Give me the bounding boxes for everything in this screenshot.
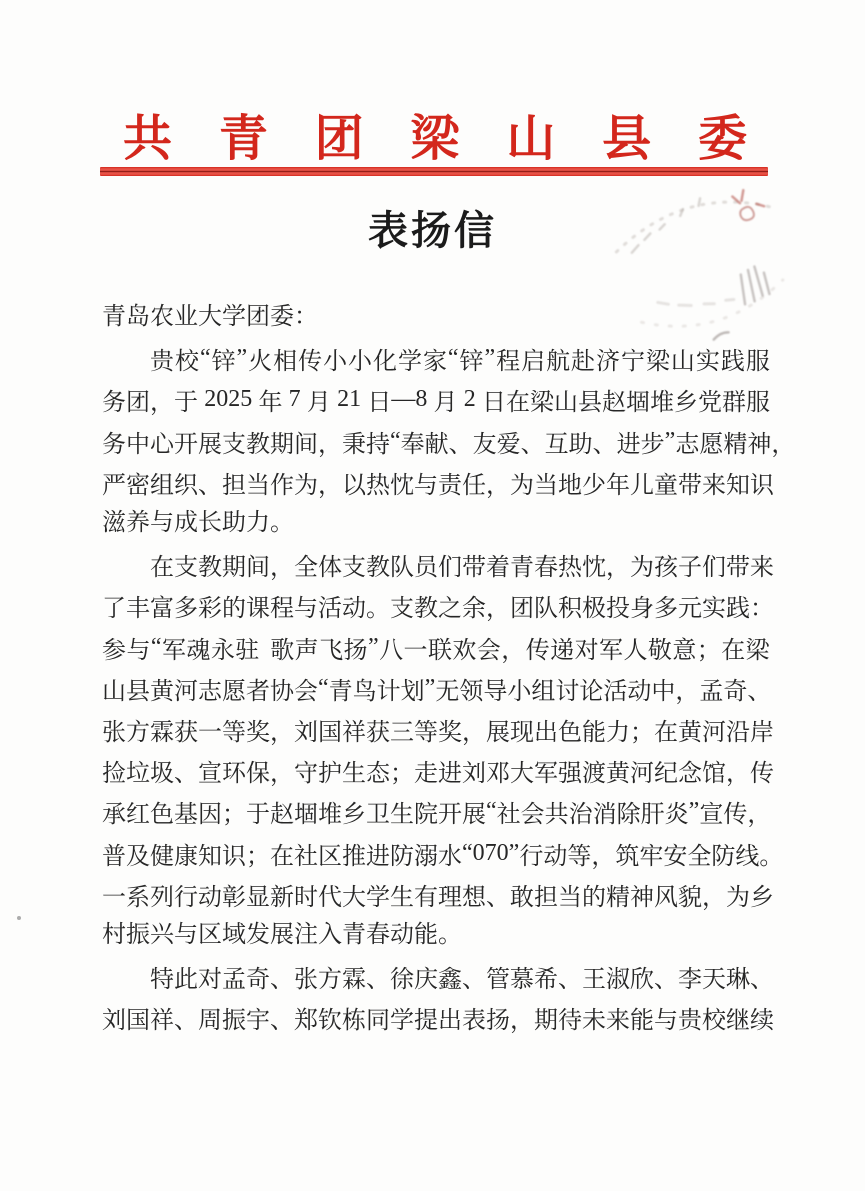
char: 宣 [198, 753, 222, 788]
char: 霖 [150, 712, 174, 747]
char: 扬 [486, 1000, 510, 1035]
char: 当 [246, 465, 270, 500]
char: 邓 [486, 753, 510, 788]
letterhead-char: 青 [219, 100, 268, 170]
char: 小 [507, 671, 531, 706]
char: 敬 [648, 630, 672, 665]
char: 神 [630, 877, 654, 912]
char: 线 [735, 836, 759, 871]
char: 对 [575, 630, 599, 665]
body-line: 参与“军魂永驻歌声飞扬”八一联欢会，传递对军人敬意；在梁 [102, 627, 770, 668]
char: 孩 [654, 547, 678, 582]
char: 、 [558, 959, 582, 994]
char: ， [591, 836, 615, 871]
body-line: 严密组织、担当作为，以热忱与责任，为当地少年儿童带来知识 [102, 462, 770, 503]
char: ， [318, 424, 342, 459]
char: 无 [435, 671, 459, 706]
char: ， [150, 382, 174, 417]
body-line: 普及健康知识；在社区推进防溺水“070”行动等，筑牢安全防线。 [102, 832, 770, 873]
char: 宁 [621, 341, 645, 376]
char: 承 [102, 794, 126, 829]
char: 积 [558, 588, 582, 623]
char: 团 [126, 382, 150, 417]
char: 校 [175, 341, 199, 376]
char: 李 [678, 959, 702, 994]
char: 队 [534, 588, 558, 623]
char: 奖 [438, 712, 462, 747]
char: 色 [150, 794, 174, 829]
char: 程 [270, 588, 294, 623]
char: “ [200, 345, 211, 372]
char: ， [606, 547, 630, 582]
char: 助 [569, 424, 593, 459]
letterhead-char: 委 [698, 100, 747, 170]
char: 者 [246, 671, 270, 706]
char: 大 [510, 753, 534, 788]
letter-title: 表扬信 [0, 202, 865, 260]
char: 堆 [650, 382, 674, 417]
char: 提 [414, 1000, 438, 1035]
char: 大 [342, 877, 366, 912]
char: 普 [102, 836, 126, 871]
char: 军 [162, 630, 186, 665]
char: ； [390, 753, 414, 788]
char: 教 [366, 547, 390, 582]
char: 希 [534, 959, 558, 994]
char: ， [270, 753, 294, 788]
char: 刘 [102, 1000, 126, 1035]
char: 欢 [452, 630, 476, 665]
char: 奇 [723, 671, 747, 706]
char: 未 [582, 1000, 606, 1035]
char: 新 [270, 877, 294, 912]
char: 领 [459, 671, 483, 706]
char: 张 [102, 712, 126, 747]
char: “ [151, 634, 162, 661]
char: 祥 [342, 712, 366, 747]
char: 能 [630, 1000, 654, 1035]
char: 献 [425, 424, 449, 459]
char: 彰 [222, 877, 246, 912]
char: 堆 [318, 794, 342, 829]
char: 周 [198, 1000, 222, 1035]
char: 馆 [702, 753, 726, 788]
char: 活 [318, 588, 342, 623]
char: 、 [174, 753, 198, 788]
char: 、 [593, 424, 617, 459]
char: 支 [342, 547, 366, 582]
char: 间 [246, 547, 270, 582]
char: 社 [294, 836, 318, 871]
char: 山 [671, 341, 695, 376]
char: 秉 [342, 424, 366, 459]
ink-speck [114, 932, 117, 935]
char: 爱 [497, 424, 521, 459]
char: 。 [366, 588, 390, 623]
char: 水 [438, 836, 462, 871]
char: 会 [521, 794, 545, 829]
char: 动 [342, 588, 366, 623]
char: 炎 [665, 794, 689, 829]
char: 月 [307, 382, 331, 417]
char: 敢 [510, 877, 534, 912]
char: 理 [438, 877, 462, 912]
char: 课 [246, 588, 270, 623]
char: — [391, 386, 415, 413]
char: 于 [174, 382, 198, 417]
char: 梁 [646, 341, 670, 376]
char: 团 [510, 588, 534, 623]
char: 乡 [342, 794, 366, 829]
char: 黄 [150, 671, 174, 706]
char: ； [697, 630, 721, 665]
char: 于 [246, 794, 270, 829]
char: 程 [496, 341, 520, 376]
letterhead-char: 共 [123, 100, 172, 170]
char: 党 [698, 382, 722, 417]
char: 之 [438, 588, 462, 623]
char: 动 [627, 671, 651, 706]
char: 严 [102, 465, 126, 500]
char: 丰 [126, 588, 150, 623]
char: 全 [294, 547, 318, 582]
char: 的 [222, 588, 246, 623]
char: 为 [294, 465, 318, 500]
char: 安 [663, 836, 687, 871]
char: 县 [126, 671, 150, 706]
char: 友 [473, 424, 497, 459]
char: 想 [462, 877, 486, 912]
char: 特 [150, 959, 174, 994]
char: 作 [270, 465, 294, 500]
char: 继 [726, 1000, 750, 1035]
char: 圾 [150, 753, 174, 788]
char: 纪 [654, 753, 678, 788]
char: 递 [550, 630, 574, 665]
ink-speck [17, 916, 21, 920]
body-line: 贵校“锌”火相传小小化学家“锌”程启航赴济宁梁山实践服 [102, 338, 770, 379]
char: ， [702, 877, 726, 912]
char: 教 [198, 547, 222, 582]
char: “ [462, 840, 473, 867]
char: 堌 [626, 382, 650, 417]
char: 极 [582, 588, 606, 623]
letterhead-char: 梁 [410, 100, 459, 170]
char: 黄 [606, 753, 630, 788]
char: 欣 [630, 959, 654, 994]
char: 济 [596, 341, 620, 376]
char: 山 [102, 671, 126, 706]
char: 会 [294, 671, 318, 706]
char: 、 [750, 959, 774, 994]
char: ； [630, 712, 654, 747]
char: 带 [462, 547, 486, 582]
char: 能 [582, 712, 606, 747]
char: 现 [510, 712, 534, 747]
char: 中 [126, 424, 150, 459]
char: 环 [222, 753, 246, 788]
char: ” [485, 345, 496, 372]
char: 赵 [270, 794, 294, 829]
char: 在 [270, 836, 294, 871]
char: 刘 [294, 712, 318, 747]
char: 县 [578, 382, 602, 417]
char: ， [726, 753, 750, 788]
char: 、 [462, 959, 486, 994]
char: 组 [531, 671, 555, 706]
char: 慕 [510, 959, 534, 994]
body-line: 特此对孟奇、张方霖、徐庆鑫、管慕希、王淑欣、李天琳、 [102, 956, 770, 997]
body-line: 务团，于2025年7月21日—8月2日在梁山县赵堌堆乡党群服 [102, 379, 770, 420]
char: 待 [558, 1000, 582, 1035]
char: 推 [342, 836, 366, 871]
char: 一 [198, 712, 222, 747]
char: 行 [519, 836, 543, 871]
char: 出 [438, 1000, 462, 1035]
char: 方 [318, 959, 342, 994]
body-line: 张方霖获一等奖，刘国祥获三等奖，展现出色能力；在黄河沿岸 [102, 709, 770, 750]
char: 多 [654, 588, 678, 623]
char: 期 [270, 424, 294, 459]
char: 担 [222, 465, 246, 500]
char: 全 [687, 836, 711, 871]
char: 王 [582, 959, 606, 994]
char: 们 [702, 547, 726, 582]
char: 来 [702, 465, 726, 500]
char: 展 [198, 424, 222, 459]
char: 传 [723, 794, 747, 829]
char: ， [510, 1000, 534, 1035]
char: 8 [415, 386, 427, 413]
letterhead-title: 共青团梁山县委 [123, 102, 747, 168]
char: 治 [569, 794, 593, 829]
char: 飞 [319, 630, 343, 665]
char: 红 [126, 794, 150, 829]
char: 神 [747, 424, 771, 459]
char: 支 [222, 424, 246, 459]
char: 意 [672, 630, 696, 665]
char: 中 [651, 671, 675, 706]
char: 防 [711, 836, 735, 871]
char: 系 [126, 877, 150, 912]
char: 日 [482, 382, 506, 417]
char: 忱 [390, 465, 414, 500]
char: 三 [390, 712, 414, 747]
char: ， [486, 588, 510, 623]
char: 愿 [222, 671, 246, 706]
char: 带 [726, 547, 750, 582]
char: 在 [506, 382, 530, 417]
char: 航 [546, 341, 570, 376]
char: 传 [750, 753, 774, 788]
char: 7 [289, 386, 301, 413]
char: 此 [174, 959, 198, 994]
char: ， [318, 465, 342, 500]
char: 教 [246, 424, 270, 459]
body-line: 了丰富多彩的课程与活动。支教之余，团队积极投身多元实践： [102, 585, 770, 626]
char: 获 [366, 712, 390, 747]
char: 21 [337, 386, 361, 413]
char: ” [425, 675, 436, 702]
char: ， [501, 630, 525, 665]
char: 肝 [641, 794, 665, 829]
char: “ [486, 798, 497, 825]
char: 动 [198, 877, 222, 912]
char: 钦 [318, 1000, 342, 1035]
char: 貌 [678, 877, 702, 912]
char: 宇 [246, 1000, 270, 1035]
char: 心 [150, 424, 174, 459]
char: 家 [423, 341, 447, 376]
char: ” [665, 428, 676, 455]
char: 开 [438, 794, 462, 829]
char: 消 [593, 794, 617, 829]
char: 、 [747, 671, 771, 706]
char: 军 [534, 753, 558, 788]
char: 元 [678, 588, 702, 623]
char: 务 [102, 424, 126, 459]
char: 乡 [750, 877, 774, 912]
char: 垃 [126, 753, 150, 788]
char: 在 [654, 712, 678, 747]
char: 的 [582, 877, 606, 912]
char: 与 [654, 1000, 678, 1035]
char: 童 [654, 465, 678, 500]
char: 等 [222, 712, 246, 747]
char: 小 [348, 341, 372, 376]
char: 开 [174, 424, 198, 459]
char: 山 [554, 382, 578, 417]
char: 体 [318, 547, 342, 582]
char: 淑 [606, 959, 630, 994]
char: ： [750, 588, 774, 623]
char: 表 [462, 1000, 486, 1035]
char: 、 [654, 959, 678, 994]
char: 子 [678, 547, 702, 582]
char: 在 [150, 547, 174, 582]
body-line: 滋养与成长助力。 [102, 503, 770, 544]
char: 护 [318, 753, 342, 788]
char: 们 [438, 547, 462, 582]
char: 识 [750, 465, 774, 500]
char: 、 [198, 465, 222, 500]
char: 基 [174, 794, 198, 829]
char: 锌 [460, 341, 484, 376]
letter-body: 青岛农业大学团委：贵校“锌”火相传小小化学家“锌”程启航赴济宁梁山实践服务团，于… [102, 297, 770, 1038]
char: “ [448, 345, 459, 372]
char: 孟 [222, 959, 246, 994]
char: ” [368, 634, 379, 661]
char: 知 [726, 465, 750, 500]
char: 、 [449, 424, 473, 459]
char: ； [246, 836, 270, 871]
char: 织 [174, 465, 198, 500]
char: 月 [434, 382, 458, 417]
char: 进 [617, 424, 641, 459]
char: 在 [721, 630, 745, 665]
char: 一 [404, 630, 428, 665]
char: 服 [746, 341, 770, 376]
char: 期 [222, 547, 246, 582]
char: 以 [342, 465, 366, 500]
char: 身 [630, 588, 654, 623]
char: 国 [126, 1000, 150, 1035]
char: 张 [294, 959, 318, 994]
char: 任 [462, 465, 486, 500]
char: 永 [211, 630, 235, 665]
char: 态 [366, 753, 390, 788]
char: ， [675, 671, 699, 706]
char: 当 [558, 877, 582, 912]
char: 时 [294, 877, 318, 912]
letterhead-divider [100, 167, 768, 176]
char: 地 [558, 465, 582, 500]
body-line: 村振兴与区域发展注入青春动能。 [102, 915, 770, 956]
char: 天 [702, 959, 726, 994]
body-line: 一系列行动彰显新时代大学生有理想、敢担当的精神风貌，为乡 [102, 874, 770, 915]
char: 密 [126, 465, 150, 500]
char: 徐 [390, 959, 414, 994]
char: 计 [377, 671, 401, 706]
char: 联 [428, 630, 452, 665]
char: 、 [486, 877, 510, 912]
char: 志 [675, 424, 699, 459]
char: 化 [373, 341, 397, 376]
char: 及 [126, 836, 150, 871]
char: 识 [222, 836, 246, 871]
char: 区 [318, 836, 342, 871]
char: 守 [294, 753, 318, 788]
char: 人 [623, 630, 647, 665]
char: 校 [702, 1000, 726, 1035]
char: 霖 [342, 959, 366, 994]
char: 与 [294, 588, 318, 623]
char: 行 [174, 877, 198, 912]
letter-page: 共青团梁山县委 表扬信 青岛农业大学团委：贵校“锌”火相传小小化学家“锌”程启航… [0, 0, 865, 1191]
char: 投 [606, 588, 630, 623]
char: 精 [606, 877, 630, 912]
char: 河 [174, 671, 198, 706]
char: 岸 [750, 712, 774, 747]
char: 持 [366, 424, 390, 459]
char: 庆 [414, 959, 438, 994]
char: 防 [390, 836, 414, 871]
char: 年 [606, 465, 630, 500]
char: 为 [726, 877, 750, 912]
char: 带 [678, 465, 702, 500]
char: 着 [486, 547, 510, 582]
char: 捡 [102, 753, 126, 788]
char: 奇 [246, 959, 270, 994]
char: 年 [258, 382, 282, 417]
char: 教 [414, 588, 438, 623]
char: 小 [323, 341, 347, 376]
char: 队 [390, 547, 414, 582]
char: 风 [654, 877, 678, 912]
char: 管 [486, 959, 510, 994]
char: 代 [318, 877, 342, 912]
char: 践 [721, 341, 745, 376]
char: ， [270, 547, 294, 582]
char: 为 [510, 465, 534, 500]
char: 列 [150, 877, 174, 912]
char: 院 [414, 794, 438, 829]
char: 少 [582, 465, 606, 500]
char: 强 [558, 753, 582, 788]
char: 步 [641, 424, 665, 459]
char: 八 [379, 630, 403, 665]
char: 来 [606, 1000, 630, 1035]
